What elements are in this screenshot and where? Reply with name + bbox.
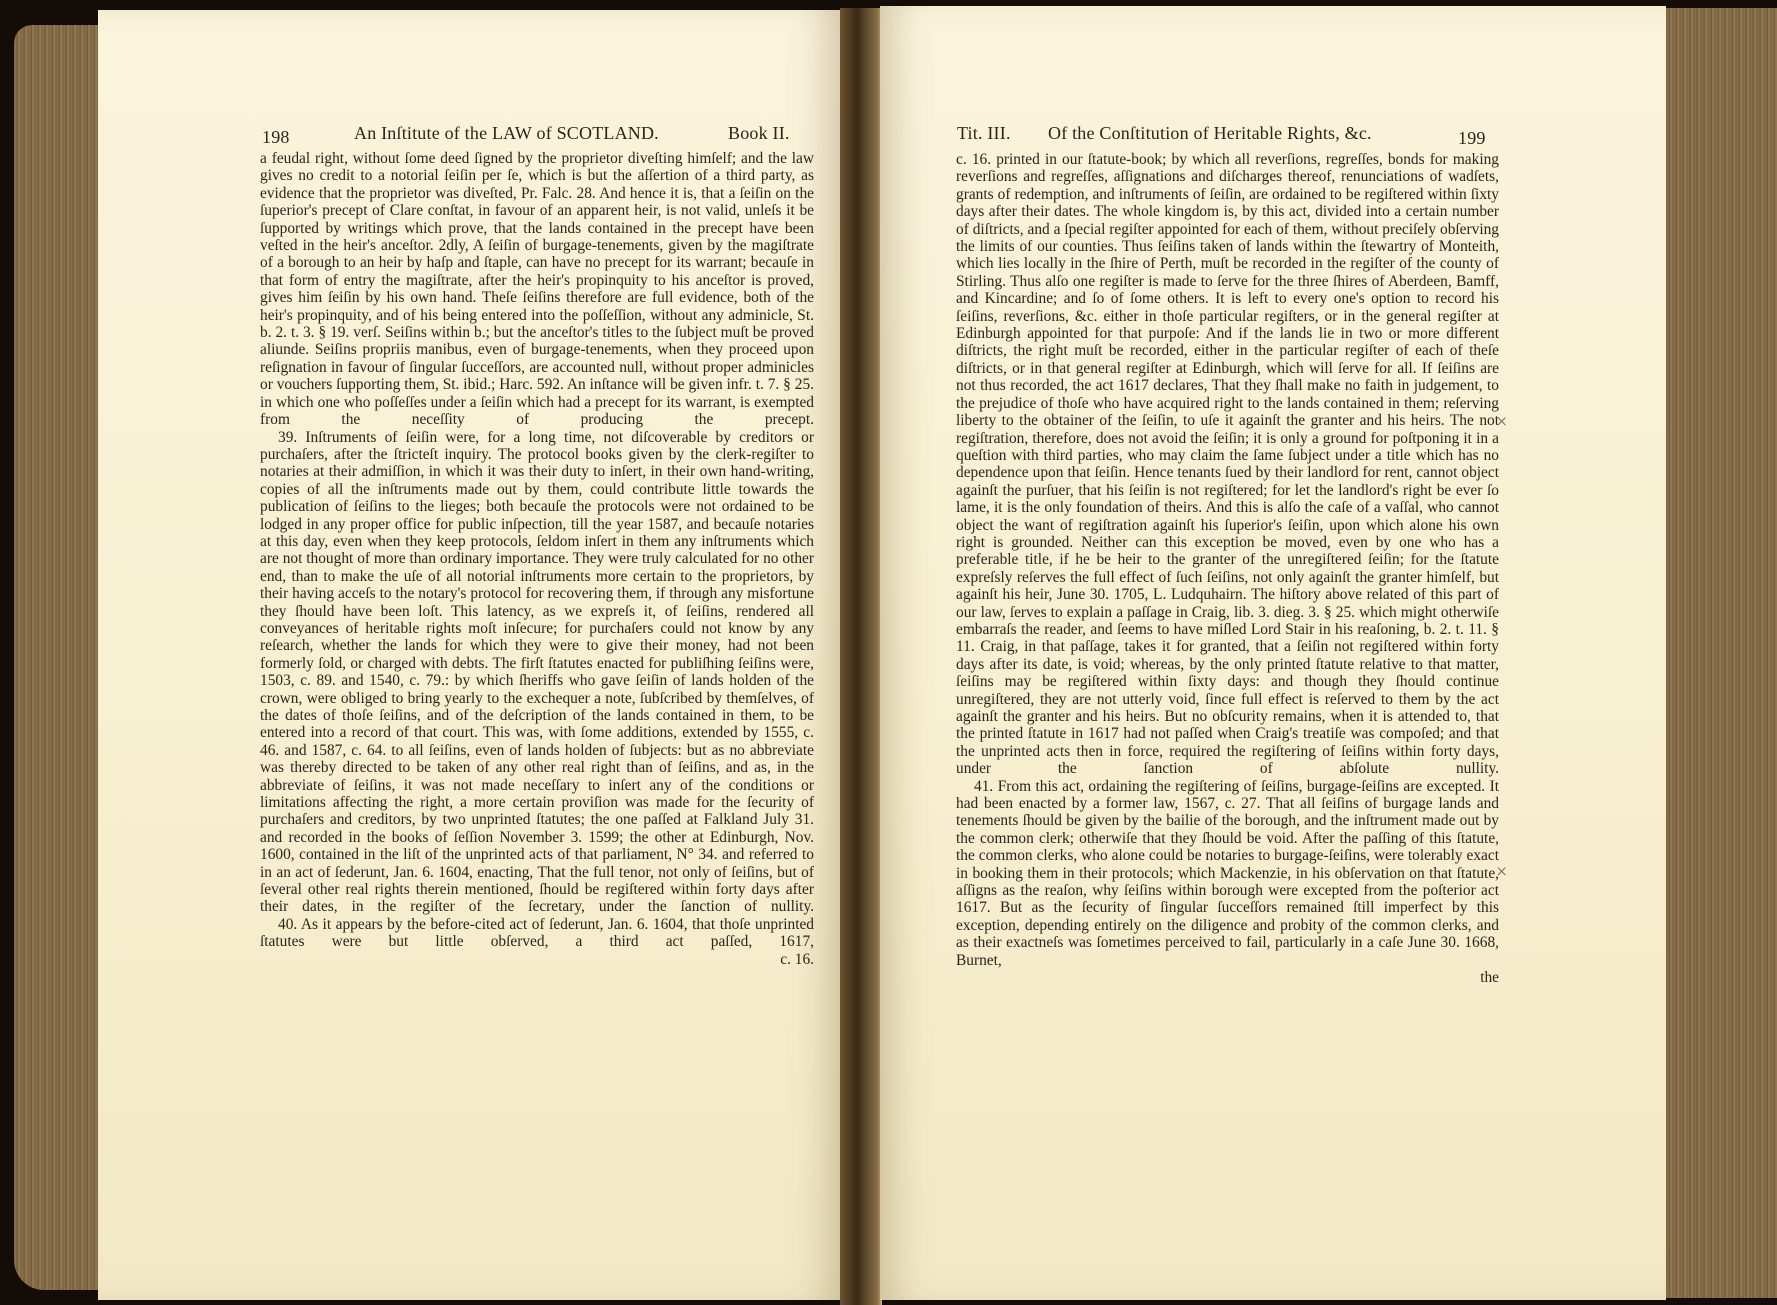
right-page: Tit. III. Of the Conſtitution of Heritab… [880,6,1666,1300]
book-label: Book II. [728,123,790,144]
book-gutter [840,8,882,1305]
catchword: the [956,969,1499,986]
catchword: c. 16. [260,951,814,968]
paragraph: 39. Inſtruments of ſeiſin were, for a lo… [260,429,814,916]
running-title: Of the Conſtitution of Heritable Rights,… [1048,123,1372,144]
right-page-body: c. 16. printed in our ſtatute-book; by w… [956,151,1499,987]
paragraph: a feudal right, without ſome deed ſigned… [260,150,814,429]
right-page-edges [1666,8,1777,1298]
paragraph: 40. As it appears by the before-cited ac… [260,916,814,951]
left-page-edges [14,25,100,1290]
running-title: An Inſtitute of the LAW of SCOTLAND. [354,123,659,144]
paragraph: 41. From this act, ordaining the regiſte… [956,778,1499,969]
left-page: 198 An Inſtitute of the LAW of SCOTLAND.… [98,10,840,1300]
page-number: 198 [262,127,290,148]
paragraph: c. 16. printed in our ſtatute-book; by w… [956,151,1499,778]
page-number: 199 [1458,128,1486,149]
margin-mark: × [1496,411,1507,434]
left-page-body: a feudal right, without ſome deed ſigned… [260,150,814,968]
margin-mark: × [1496,861,1507,884]
title-label: Tit. III. [957,123,1011,144]
